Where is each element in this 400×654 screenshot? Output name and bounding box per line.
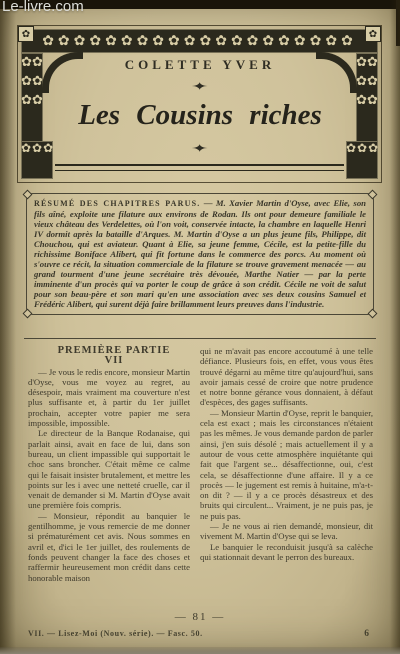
summary-box: RÉSUMÉ DES CHAPITRES PARUS. — M. Xavier … (26, 193, 374, 315)
left-paragraphs: — Je vous le redis encore, monsieur Mart… (28, 367, 190, 583)
paragraph: — Monsieur, répondit au banquier le gent… (28, 511, 190, 583)
summary-label: RÉSUMÉ DES CHAPITRES PARUS. (34, 199, 200, 208)
watermark: Le-livre.com (2, 0, 84, 15)
text-column-left: PREMIÈRE PARTIE VII — Je vous le redis e… (28, 346, 190, 583)
paragraph: — Je vous le redis encore, monsieur Mart… (28, 367, 190, 429)
fleuron-icon: ✦ (0, 142, 400, 155)
right-paragraphs: qui ne m'avait pas encore accoutumé à un… (200, 346, 373, 562)
paragraph: qui ne m'avait pas encore accoutumé à un… (200, 346, 373, 408)
page-number: — 81 — (0, 611, 400, 623)
corner-diamond-icon (23, 190, 33, 200)
corner-diamond-icon (368, 190, 378, 200)
fleuron-glyph: ✦ (191, 142, 209, 155)
fleuron-icon: ✦ (0, 80, 400, 93)
chapter-number: VII (28, 356, 190, 366)
signature-number: 6 (364, 629, 369, 639)
author-name: COLETTE YVER (0, 57, 400, 73)
flower-corner-icon: ✿ (19, 27, 33, 41)
paragraph: — Monsieur Martin d'Oyse, reprit le banq… (200, 408, 373, 521)
flower-border-top: ✿✿✿✿✿✿✿✿✿✿✿✿✿✿✿✿✿✿✿✿ (21, 29, 378, 53)
summary-underline (24, 338, 376, 339)
summary-text: RÉSUMÉ DES CHAPITRES PARUS. — M. Xavier … (34, 198, 366, 309)
corner-diamond-icon (23, 309, 33, 319)
fleuron-glyph: ✦ (191, 80, 209, 93)
frame-bottom-rule (55, 164, 344, 171)
imprint-line: VII. — Lisez-Moi (Nouv. série). — Fasc. … (28, 629, 203, 638)
scan-bottom-edge (0, 647, 400, 654)
corner-diamond-icon (368, 309, 378, 319)
summary-body: — M. Xavier Martin d'Oyse, avec Elie, so… (34, 198, 366, 309)
flower-garland-icon: ✿✿✿✿✿✿✿✿✿✿✿✿✿✿✿✿✿✿✿✿ (42, 29, 357, 53)
paragraph: — Je ne vous ai rien demandé, monsieur, … (200, 521, 373, 542)
paragraph: Le directeur de la Banque Rodanaise, qui… (28, 428, 190, 510)
scanned-book-page: Le-livre.com ✿✿✿✿✿✿✿✿✿✿✿✿✿✿✿✿✿✿✿✿ ✿✿✿✿✿✿… (0, 0, 400, 654)
text-column-right: qui ne m'avait pas encore accoutumé à un… (200, 346, 373, 562)
page-title: Les Cousins riches (0, 99, 400, 132)
flower-corner-icon: ✿ (366, 27, 380, 41)
paragraph: Le banquier le reconduisit jusqu'à sa ca… (200, 542, 373, 563)
